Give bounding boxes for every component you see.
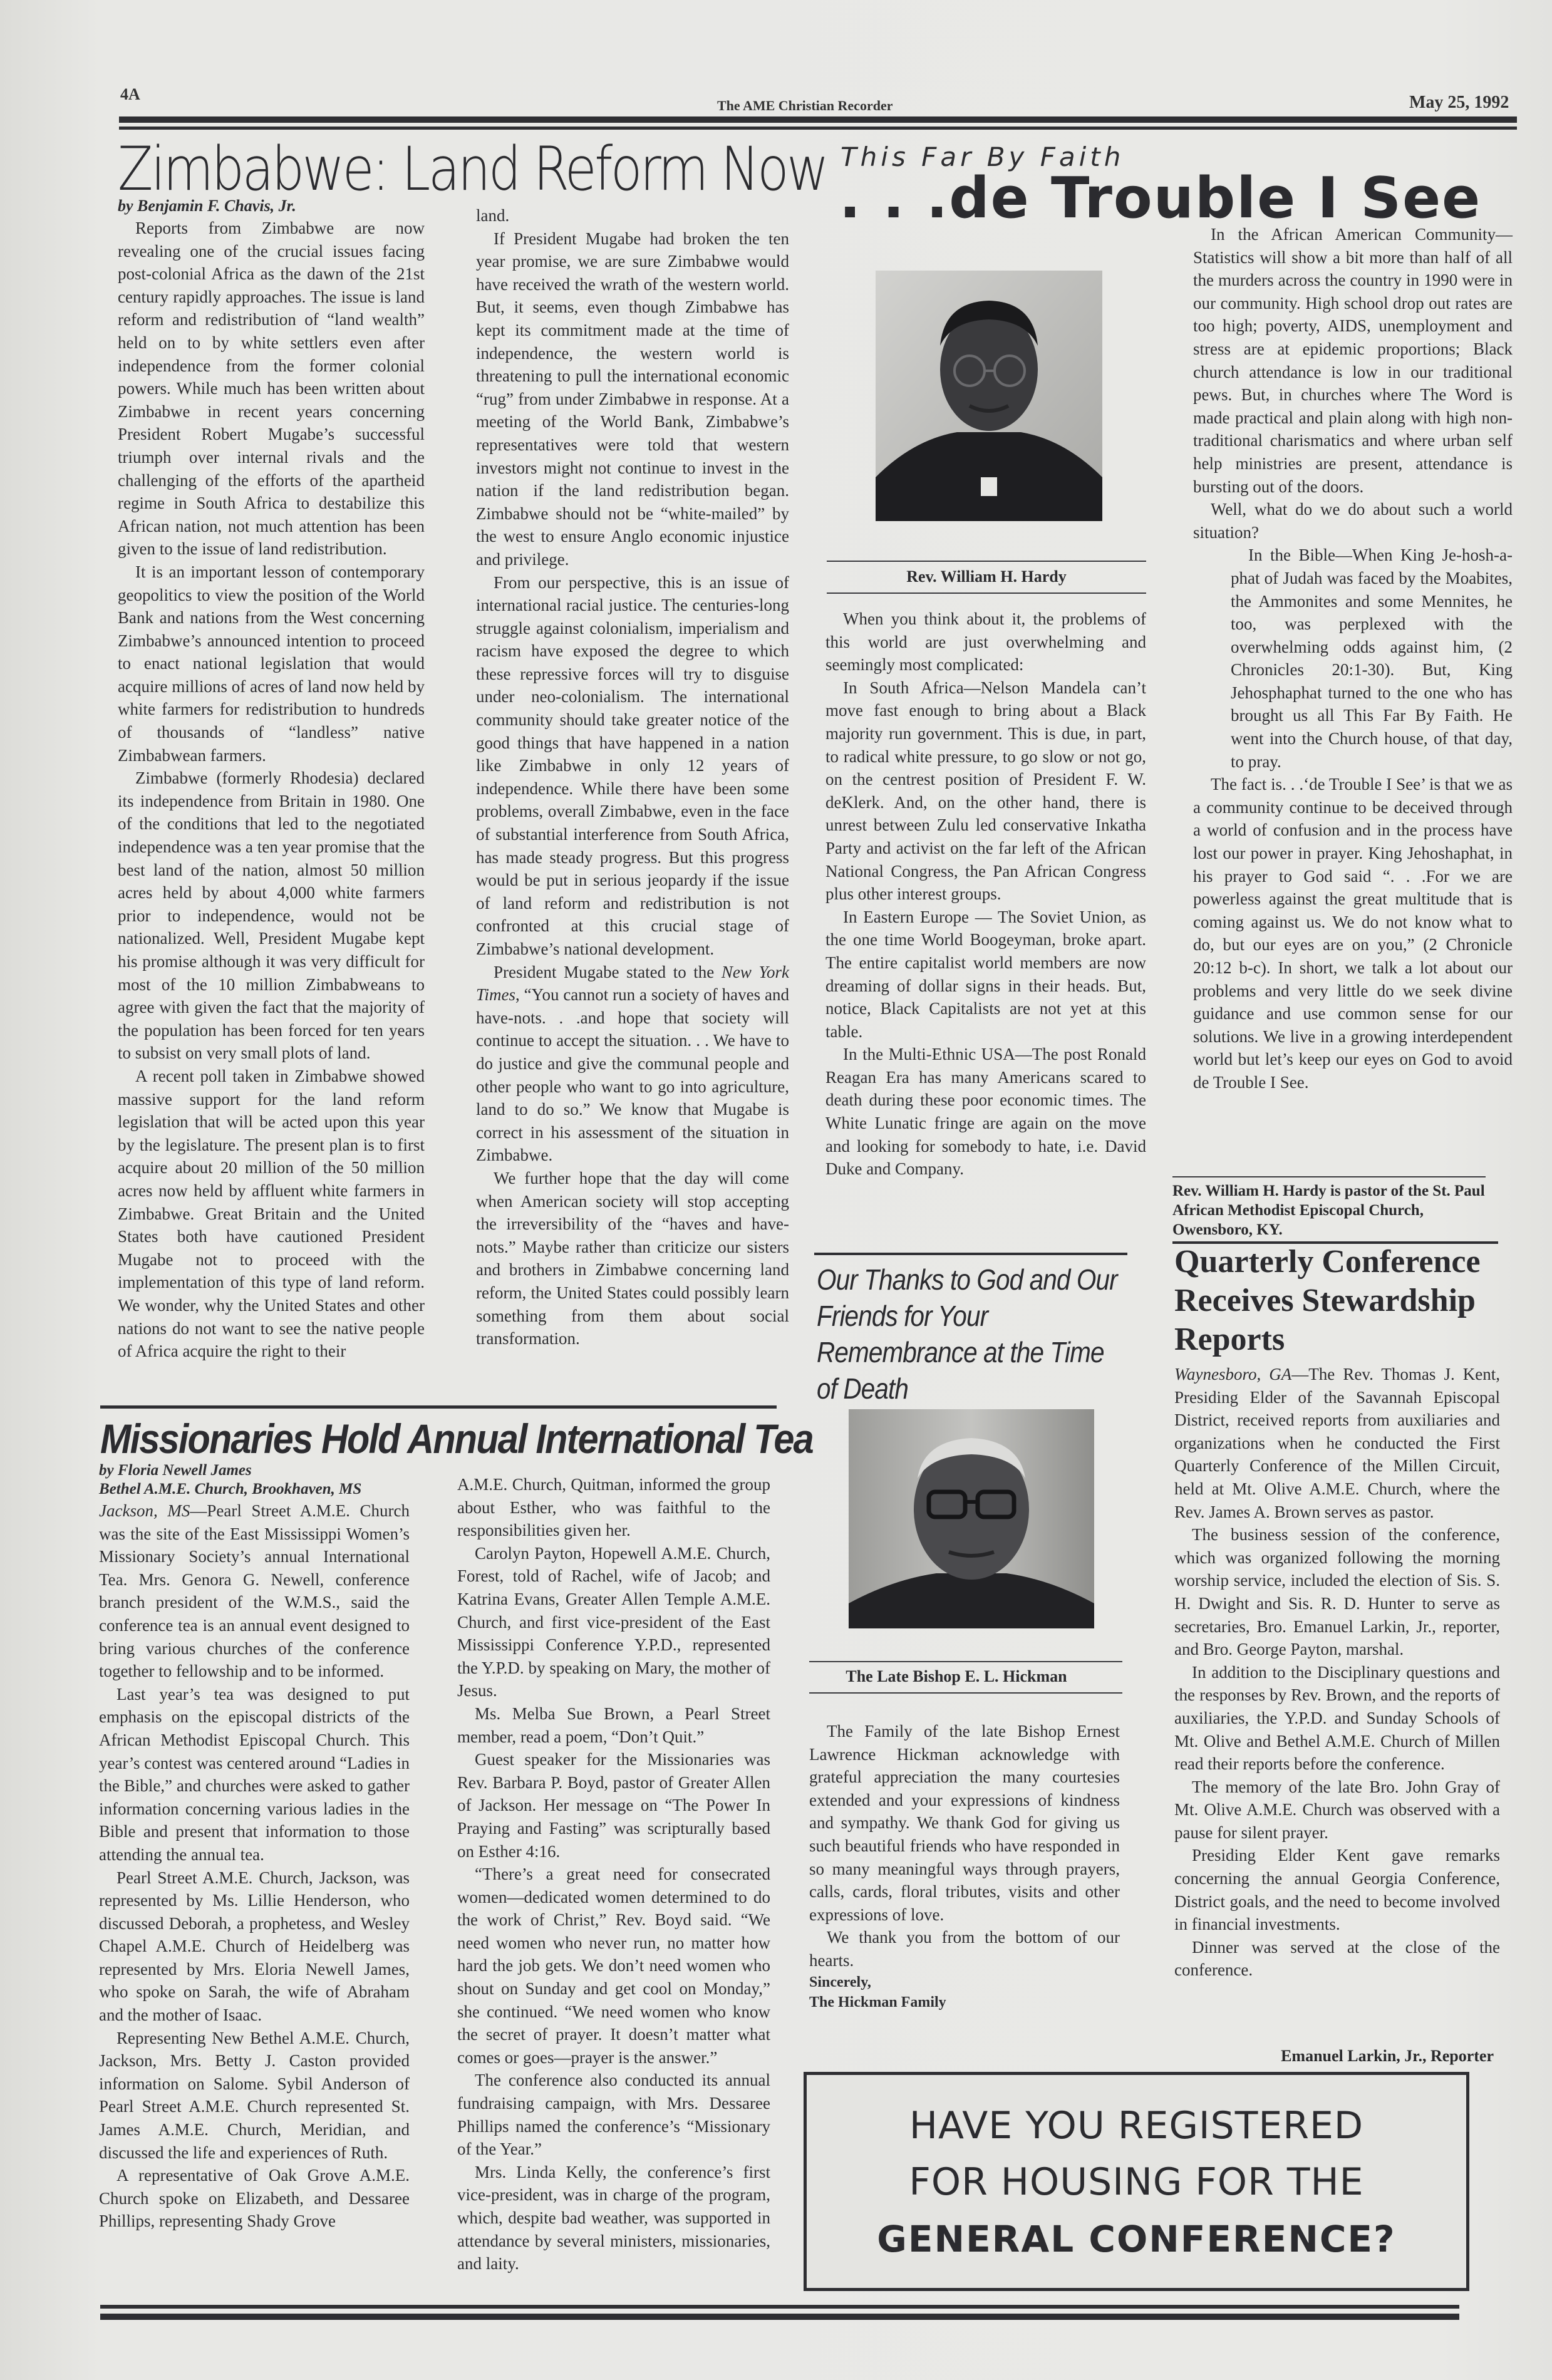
- signoff: Sincerely,: [809, 1972, 1120, 1992]
- faith-headline: . . .de Trouble I See: [839, 170, 1481, 227]
- paragraph: Well, what do we do about such a world s…: [1193, 498, 1513, 544]
- paragraph: In South Africa—Nelson Mandela can’t mov…: [825, 676, 1146, 906]
- photo-rev-hardy: [876, 271, 1102, 521]
- zimbabwe-column-1: by Benjamin F. Chavis, Jr. Reports from …: [118, 195, 425, 1363]
- paragraph: Presiding Elder Kent gave remarks concer…: [1174, 1844, 1500, 1935]
- ad-line-1: HAVE YOU REGISTERED: [807, 2104, 1466, 2148]
- paragraph: When you think about it, the problems of…: [825, 608, 1146, 676]
- missionaries-byline: by Floria Newell James: [99, 1462, 410, 1479]
- portrait-image: [849, 1409, 1094, 1628]
- paragraph: Zimbabwe (formerly Rhodesia) declared it…: [118, 767, 425, 1065]
- ad-line-3: GENERAL CONFERENCE?: [807, 2218, 1466, 2260]
- dateline: Waynesboro, GA: [1174, 1365, 1291, 1384]
- missionaries-column-2: A.M.E. Church, Quitman, informed the gro…: [457, 1473, 770, 2275]
- paragraph: In Eastern Europe — The Soviet Union, as…: [825, 906, 1146, 1043]
- portrait-image: [876, 271, 1102, 521]
- caption-rule-top: [809, 1661, 1122, 1662]
- paragraph: A recent poll taken in Zimbabwe showed m…: [118, 1065, 425, 1363]
- footer-rule-thick: [100, 2314, 1459, 2320]
- zimbabwe-column-2: land. If President Mugabe had broken the…: [476, 204, 789, 1350]
- paragraph: If President Mugabe had broken the ten y…: [476, 227, 789, 571]
- paragraph: Ms. Melba Sue Brown, a Pearl Street memb…: [457, 1702, 770, 1748]
- missionaries-byline-church: Bethel A.M.E. Church, Brookhaven, MS: [99, 1479, 410, 1499]
- paragraph: In addition to the Disciplinary question…: [1174, 1661, 1500, 1776]
- author-bio: Rev. William H. Hardy is pastor of the S…: [1172, 1181, 1493, 1239]
- missionaries-column-1: by Floria Newell James Bethel A.M.E. Chu…: [99, 1462, 410, 2233]
- zimbabwe-headline: Zimbabwe: Land Reform Now: [118, 139, 827, 199]
- missionaries-headline: Missionaries Hold Annual International T…: [100, 1418, 813, 1459]
- issue-date: May 25, 1992: [1409, 93, 1509, 113]
- reporter-credit: Emanuel Larkin, Jr., Reporter: [1174, 2047, 1494, 2066]
- paragraph: Representing New Bethel A.M.E. Church, J…: [99, 2027, 410, 2165]
- paragraph: We further hope that the day will come w…: [476, 1167, 789, 1350]
- paragraph: From our perspective, this is an issue o…: [476, 571, 789, 961]
- missionaries-rule: [100, 1405, 777, 1409]
- photo-caption-hickman: The Late Bishop E. L. Hickman: [809, 1667, 1104, 1686]
- paragraph: Mrs. Linda Kelly, the conference’s first…: [457, 2161, 770, 2275]
- quarterly-column: Waynesboro, GA—The Rev. Thomas J. Kent, …: [1174, 1363, 1500, 1982]
- paragraph: In the Bible—When King Je-hosh-a-phat of…: [1231, 544, 1513, 773]
- thanks-headline: Our Thanks to God and Our Friends for Yo…: [817, 1261, 1125, 1407]
- paragraph: A.M.E. Church, Quitman, informed the gro…: [457, 1473, 770, 1542]
- paragraph: Waynesboro, GA—The Rev. Thomas J. Kent, …: [1174, 1363, 1500, 1523]
- paragraph: The conference also conducted its annual…: [457, 2069, 770, 2160]
- caption-rule-bottom: [827, 592, 1146, 594]
- caption-rule-top: [827, 561, 1146, 562]
- publication-title: The AME Christian Recorder: [717, 98, 892, 114]
- paragraph: The memory of the late Bro. John Gray of…: [1174, 1776, 1500, 1844]
- paragraph: “There’s a great need for consecrated wo…: [457, 1863, 770, 2069]
- paragraph: The Family of the late Bishop Ernest Law…: [809, 1720, 1120, 1926]
- quarterly-headline: Quarterly Conference Receives Stewardshi…: [1174, 1243, 1513, 1359]
- paragraph: A representative of Oak Grove A.M.E. Chu…: [99, 2164, 410, 2233]
- paragraph: Guest speaker for the Missionaries was R…: [457, 1748, 770, 1863]
- page-number: 4A: [120, 85, 140, 104]
- dateline: Jackson, MS: [99, 1501, 190, 1520]
- paragraph: Jackson, MS—Pearl Street A.M.E. Church w…: [99, 1499, 410, 1683]
- ad-line-2: FOR HOUSING FOR THE: [807, 2160, 1466, 2204]
- paragraph: Pearl Street A.M.E. Church, Jackson, was…: [99, 1866, 410, 2027]
- paragraph: Last year’s tea was designed to put emph…: [99, 1683, 410, 1866]
- paragraph: land.: [476, 204, 789, 227]
- paragraph: We thank you from the bottom of our hear…: [809, 1926, 1120, 1972]
- masthead-rule-thin: [119, 127, 1517, 130]
- paragraph: In the African American Community—Statis…: [1193, 223, 1513, 498]
- paragraph: It is an important lesson of contemporar…: [118, 561, 425, 767]
- signature: The Hickman Family: [809, 1992, 1120, 2012]
- paragraph: The fact is. . .‘de Trouble I See’ is th…: [1193, 773, 1513, 1094]
- paragraph: President Mugabe stated to the New York …: [476, 961, 789, 1167]
- bio-rule: [1172, 1176, 1486, 1177]
- faith-column-middle: When you think about it, the problems of…: [825, 608, 1146, 1181]
- paragraph: Dinner was served at the close of the co…: [1174, 1936, 1500, 1982]
- footer-rule: [100, 2305, 1459, 2309]
- thanks-body: The Family of the late Bishop Ernest Law…: [809, 1720, 1120, 2012]
- newspaper-page: 4A The AME Christian Recorder May 25, 19…: [0, 0, 1552, 2380]
- photo-bishop-hickman: [849, 1409, 1094, 1628]
- photo-caption-hardy: Rev. William H. Hardy: [827, 567, 1146, 586]
- faith-column-right: In the African American Community—Statis…: [1193, 223, 1513, 1094]
- paragraph: Reports from Zimbabwe are now revealing …: [118, 217, 425, 561]
- caption-rule-bottom: [809, 1692, 1122, 1694]
- masthead-rule: [119, 116, 1517, 123]
- zimbabwe-byline: by Benjamin F. Chavis, Jr.: [118, 195, 425, 217]
- paragraph: In the Multi-Ethnic USA—The post Ronald …: [825, 1043, 1146, 1181]
- paragraph: Carolyn Payton, Hopewell A.M.E. Church, …: [457, 1542, 770, 1702]
- paragraph: The business session of the conference, …: [1174, 1523, 1500, 1661]
- thanks-rule: [814, 1253, 1127, 1255]
- general-conference-housing-ad: HAVE YOU REGISTERED FOR HOUSING FOR THE …: [804, 2072, 1469, 2291]
